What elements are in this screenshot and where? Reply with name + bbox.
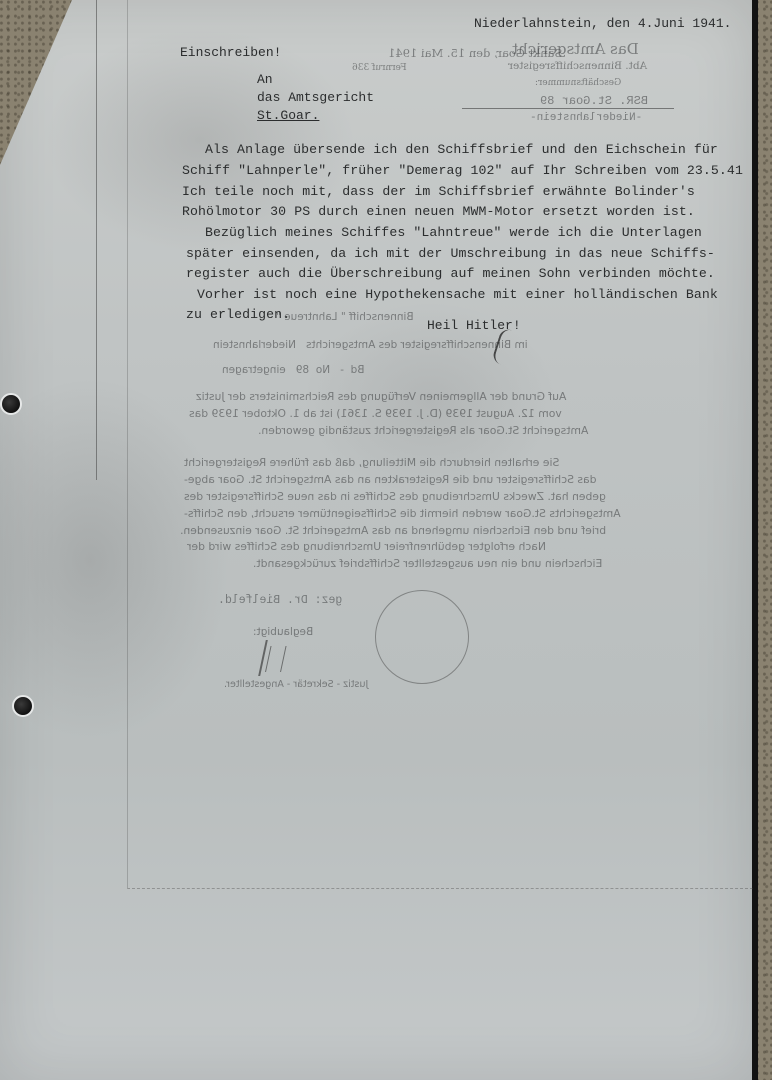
bleed-register-line-2: im Binnenschiffsregister des Amtsgericht… (213, 339, 528, 351)
punch-hole-upper (0, 393, 22, 415)
bleed-para2-line1: Sie erhalten hierdurch die Mitteilung, d… (184, 456, 559, 469)
bleed-para2-line5: brief und den Eichschein umgehend an das… (180, 524, 606, 537)
body-line-4: Rohölmotor 30 PS durch einen neuen MWM-M… (182, 204, 695, 219)
bleed-signed: gez: Dr. Bielfeld. (218, 594, 342, 607)
bleed-register-line-1: Binnenschiff " Lahntreue " (276, 311, 414, 323)
punch-hole-lower (12, 695, 34, 717)
bleed-origin: -Niederlahnstein- (530, 112, 642, 124)
body-line-2: Schiff "Lahnperle", früher "Demerag 102"… (182, 163, 743, 178)
bleed-para3-line1: Nach erfolgter gebührenfreier Umschreibu… (187, 540, 546, 553)
official-seal-stamp (375, 590, 469, 684)
body-line-6: später einsenden, da ich mit der Umschre… (186, 246, 715, 261)
body-line-1: Als Anlage übersende ich den Schiffsbrie… (205, 142, 718, 157)
bleed-official: Justiz - Sekretär - Angestellter. (224, 679, 368, 690)
bleed-para3-line2: Eichschein und ein neu ausgestellter Sch… (253, 557, 602, 570)
letter-date-line: Niederlahnstein, den 4.Juni 1941. (474, 16, 731, 31)
bleed-para1-line1: Auf Grund der Allgemeinen Verfügung des … (196, 390, 566, 403)
bleed-certified: Beglaubigt: (253, 626, 313, 638)
bleed-para2-line4: Amtsgerichts St.Goar werden hiermit die … (184, 507, 621, 520)
closing-greeting: Heil Hitler! (427, 318, 521, 333)
recipient-to: An (257, 72, 273, 87)
body-line-9: zu erledigen. (186, 307, 290, 322)
bleed-register-line-3: Bd - No 89 eingetragen (222, 364, 364, 376)
registered-mail-mark: Einschreiben! (180, 45, 281, 60)
body-line-5: Bezüglich meines Schiffes "Lahntreue" we… (205, 225, 702, 240)
body-line-7: register auch die Überschreibung auf mei… (186, 266, 715, 281)
bleed-para1-line3: Amtsgericht St.Goar als Registergericht … (258, 424, 588, 437)
bleed-para2-line2: das Schiffsregister und die Registerakte… (184, 473, 597, 486)
bleed-court-name: Das Amtsgericht (512, 40, 639, 58)
body-line-8: Vorher ist noch eine Hypothekensache mit… (197, 287, 718, 302)
bleed-through-form-area (127, 0, 753, 889)
bleed-para1-line2: vom 12. August 1939 (D. J. 1939 S. 1361)… (189, 407, 562, 420)
bleed-phone: Fernruf 336 (352, 63, 407, 73)
recipient-name: das Amtsgericht (257, 90, 374, 105)
recipient-place: St.Goar. (257, 108, 319, 123)
body-line-3: Ich teile noch mit, dass der im Schiffsb… (182, 184, 695, 199)
bleed-department: Abt. Binnenschiffsregister (508, 60, 647, 72)
bleed-para2-line3: geben hat. Zwecks Umschreibung des Schif… (184, 490, 606, 503)
bleed-ref-label: Geschäftsnummer: (535, 78, 621, 88)
bleed-ref-underline (462, 108, 674, 109)
bleed-ref-number: BSR. St.Goar 89 (540, 94, 648, 108)
